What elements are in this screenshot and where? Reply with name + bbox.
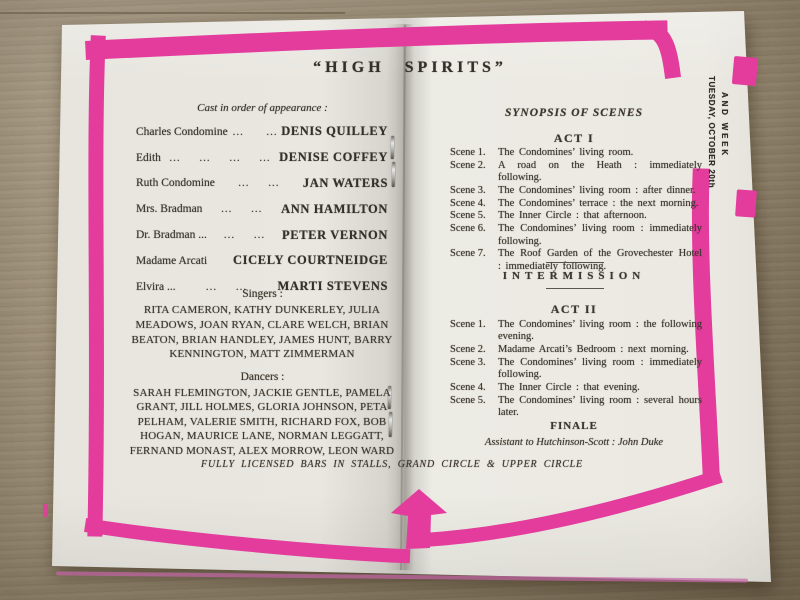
- scene-row: Scene 6.The Condomines’ living room : im…: [450, 223, 702, 248]
- act2-scene-list: Scene 1.The Condomines’ living room : th…: [450, 319, 702, 420]
- singers-line: BEATON, BRIAN HANDLEY, JAMES HUNT, BARRY: [122, 333, 402, 348]
- staple-wire: [392, 162, 396, 187]
- finale-label: FINALE: [448, 420, 700, 432]
- intermission-label: INTERMISSION: [448, 270, 700, 282]
- assistant-credit: Assistant to Hutchinson-Scott : John Duk…: [448, 437, 700, 448]
- dancers-line: GRANT, JILL HOLMES, GLORIA JOHNSON, PETA: [116, 400, 408, 414]
- scene-description: Madame Arcati’s Bedroom : next morning.: [498, 344, 702, 356]
- back-page-pink-mark: [735, 189, 757, 217]
- staple-wire: [391, 136, 394, 159]
- dancers-line: HOGAN, MAURICE LANE, NORMAN LEGGATT,: [116, 429, 408, 443]
- act1-heading: ACT I: [448, 131, 700, 146]
- cast-actor-name: DENIS QUILLEY: [281, 124, 388, 139]
- cast-row: Dr. Bradman ...... ...PETER VERNON: [136, 222, 388, 248]
- leader-dots: ... ...: [202, 203, 281, 215]
- singers-heading: Singers :: [140, 288, 385, 300]
- scene-description: The Condomines’ living room : several ho…: [498, 395, 702, 420]
- scene-row: Scene 2.A road on the Heath : immediatel…: [450, 160, 702, 185]
- scene-row: Scene 4.The Inner Circle : that evening.: [450, 382, 702, 394]
- scene-number: Scene 2.: [450, 344, 498, 356]
- intermission-rule-bottom: [546, 288, 604, 289]
- scene-number: Scene 2.: [450, 160, 498, 185]
- back-page-pink-mark: [732, 56, 758, 86]
- performance-week-banner: AND WEEK: [719, 89, 729, 161]
- scene-number: Scene 3.: [450, 357, 498, 382]
- cast-row: Edith... ... ... ...DENISE COFFEY: [136, 145, 388, 171]
- licensed-bars-note: FULLY LICENSED BARS IN STALLS, GRAND CIR…: [192, 459, 592, 470]
- cast-role: Edith: [136, 152, 161, 164]
- programme-title: “HIGH SPIRITS”: [285, 59, 535, 77]
- scene-description: The Inner Circle : that evening.: [498, 382, 702, 394]
- cast-role: Dr. Bradman ...: [136, 229, 207, 241]
- singers-line: RITA CAMERON, KATHY DUNKERLEY, JULIA: [122, 303, 402, 318]
- scene-number: Scene 4.: [450, 198, 498, 210]
- dancers-line: FERNAND MONAST, ALEX MORROW, LEON WARD: [116, 444, 408, 458]
- cast-list: Charles Condomine... ...DENIS QUILLEY Ed…: [136, 119, 388, 300]
- scene-row: Scene 5.The Condomines’ living room : se…: [450, 395, 702, 420]
- cast-actor-name: CICELY COURTNEIDGE: [233, 253, 388, 268]
- scene-row: Scene 5.The Inner Circle : that afternoo…: [450, 210, 702, 222]
- synopsis-heading: SYNOPSIS OF SCENES: [448, 107, 700, 119]
- scene-number: Scene 1.: [450, 147, 498, 159]
- scene-description: The Condomines’ living room : the follow…: [498, 319, 702, 344]
- intermission-rule-top: [546, 262, 604, 263]
- scene-description: The Condomines’ terrace : the next morni…: [498, 198, 702, 210]
- cast-heading: Cast in order of appearance :: [140, 102, 385, 114]
- scene-number: Scene 5.: [450, 395, 498, 420]
- cast-row: Madame ArcatiCICELY COURTNEIDGE: [136, 248, 388, 274]
- cast-role: Madame Arcati: [136, 255, 207, 267]
- singers-line: KENNINGTON, MATT ZIMMERMAN: [122, 347, 402, 362]
- scene-description: The Condomines’ living room : immediatel…: [498, 223, 702, 248]
- scene-number: Scene 1.: [450, 319, 498, 344]
- cast-role: Mrs. Bradman: [136, 203, 202, 215]
- scene-number: Scene 4.: [450, 382, 498, 394]
- singers-list: RITA CAMERON, KATHY DUNKERLEY, JULIA MEA…: [122, 303, 402, 362]
- dancers-list: SARAH FLEMINGTON, JACKIE GENTLE, PAMELA …: [116, 386, 408, 458]
- cast-actor-name: JAN WATERS: [303, 176, 388, 191]
- cast-actor-name: DENISE COFFEY: [279, 150, 388, 165]
- dancers-line: PELHAM, VALERIE SMITH, RICHARD FOX, BOB: [116, 415, 408, 429]
- leader-dots: ... ...: [215, 177, 303, 189]
- dancers-heading: Dancers :: [140, 371, 385, 383]
- scene-number: Scene 6.: [450, 223, 498, 248]
- performance-date-banner: TUESDAY, OCTOBER 20th: [705, 76, 716, 172]
- leader-dots: ... ...: [207, 229, 282, 241]
- leader-dots: ... ...: [228, 126, 282, 138]
- scene-row: Scene 4.The Condomines’ terrace : the ne…: [450, 198, 702, 210]
- act2-heading: ACT II: [448, 302, 700, 317]
- scene-description: A road on the Heath : immediately follow…: [498, 160, 702, 185]
- cast-role: Ruth Condomine: [136, 177, 215, 189]
- scene-row: Scene 3.The Condomines’ living room : af…: [450, 185, 702, 197]
- dancers-line: SARAH FLEMINGTON, JACKIE GENTLE, PAMELA: [116, 386, 408, 400]
- leader-dots: ... ... ... ...: [161, 152, 279, 164]
- cast-row: Ruth Condomine... ...JAN WATERS: [136, 171, 388, 197]
- cast-actor-name: PETER VERNON: [282, 228, 388, 243]
- scene-number: Scene 3.: [450, 185, 498, 197]
- scene-row: Scene 3.The Condomines’ living room : im…: [450, 357, 702, 382]
- scene-description: The Condomines’ living room : after dinn…: [498, 185, 702, 197]
- cast-row: Mrs. Bradman... ...ANN HAMILTON: [136, 196, 388, 222]
- scene-row: Scene 2.Madame Arcati’s Bedroom : next m…: [450, 344, 702, 356]
- cast-row: Charles Condomine... ...DENIS QUILLEY: [136, 119, 388, 145]
- scene-description: The Inner Circle : that afternoon.: [498, 210, 702, 222]
- scene-row: Scene 1.The Condomines’ living room : th…: [450, 319, 702, 344]
- singers-line: MEADOWS, JOAN RYAN, CLARE WELCH, BRIAN: [122, 318, 402, 333]
- cast-actor-name: ANN HAMILTON: [281, 202, 388, 217]
- back-page-pink-mark: [43, 504, 48, 517]
- scene-number: Scene 5.: [450, 210, 498, 222]
- scene-row: Scene 1.The Condomines’ living room.: [450, 147, 702, 159]
- cast-role: Charles Condomine: [136, 126, 228, 138]
- scene-description: The Condomines’ living room : immediatel…: [498, 357, 702, 382]
- act1-scene-list: Scene 1.The Condomines’ living room. Sce…: [450, 147, 702, 273]
- scene-description: The Condomines’ living room.: [498, 147, 702, 159]
